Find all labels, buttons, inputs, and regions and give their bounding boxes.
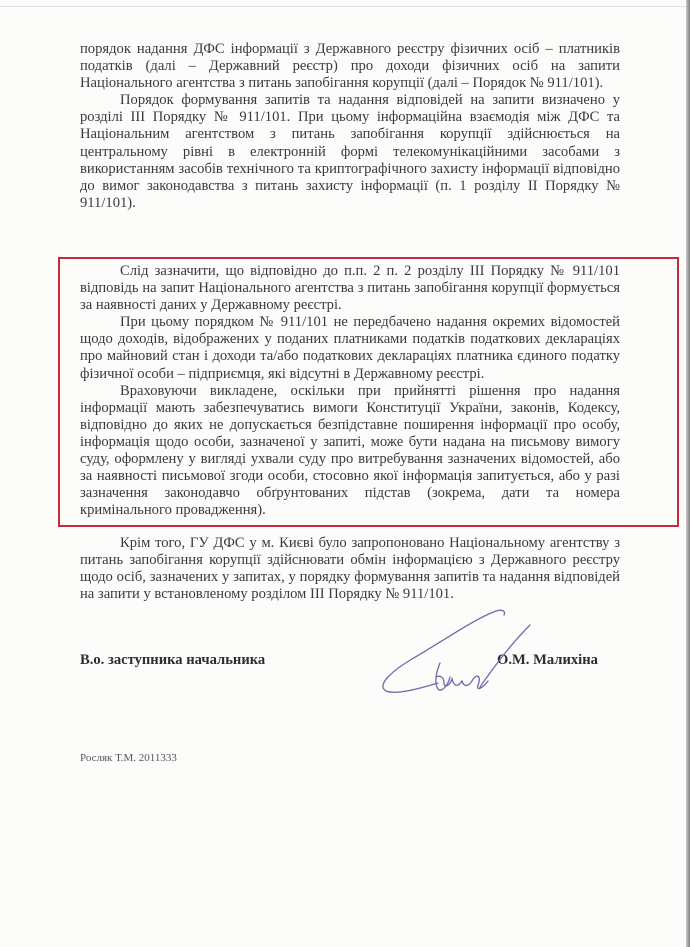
closing-paragraph: Крім того, ГУ ДФС у м. Києві було запроп… bbox=[80, 535, 620, 603]
highlighted-paragraph: Враховуючи викладене, оскільки при прийн… bbox=[80, 383, 620, 520]
closing-section: Крім того, ГУ ДФС у м. Києві було запроп… bbox=[80, 535, 620, 603]
highlighted-paragraph: Слід зазначити, що відповідно до п.п. 2 … bbox=[80, 263, 620, 314]
paragraph-procedure: Порядок формування запитів та надання ві… bbox=[80, 92, 620, 212]
executor-note: Росляк Т.М. 2011333 bbox=[80, 752, 177, 764]
page-top-edge bbox=[0, 6, 690, 7]
signatory-title: В.о. заступника начальника bbox=[80, 652, 265, 669]
highlighted-section: Слід зазначити, що відповідно до п.п. 2 … bbox=[80, 263, 620, 519]
handwritten-signature-icon bbox=[378, 605, 538, 700]
highlighted-paragraph: При цьому порядком № 911/101 не передбач… bbox=[80, 314, 620, 382]
intro-paragraph: порядок надання ДФС інформації з Державн… bbox=[80, 41, 620, 92]
page-right-edge bbox=[686, 0, 690, 947]
signature-block: В.о. заступника начальника О.М. Малихіна bbox=[80, 652, 620, 676]
document-body-top: порядок надання ДФС інформації з Державн… bbox=[80, 41, 620, 212]
